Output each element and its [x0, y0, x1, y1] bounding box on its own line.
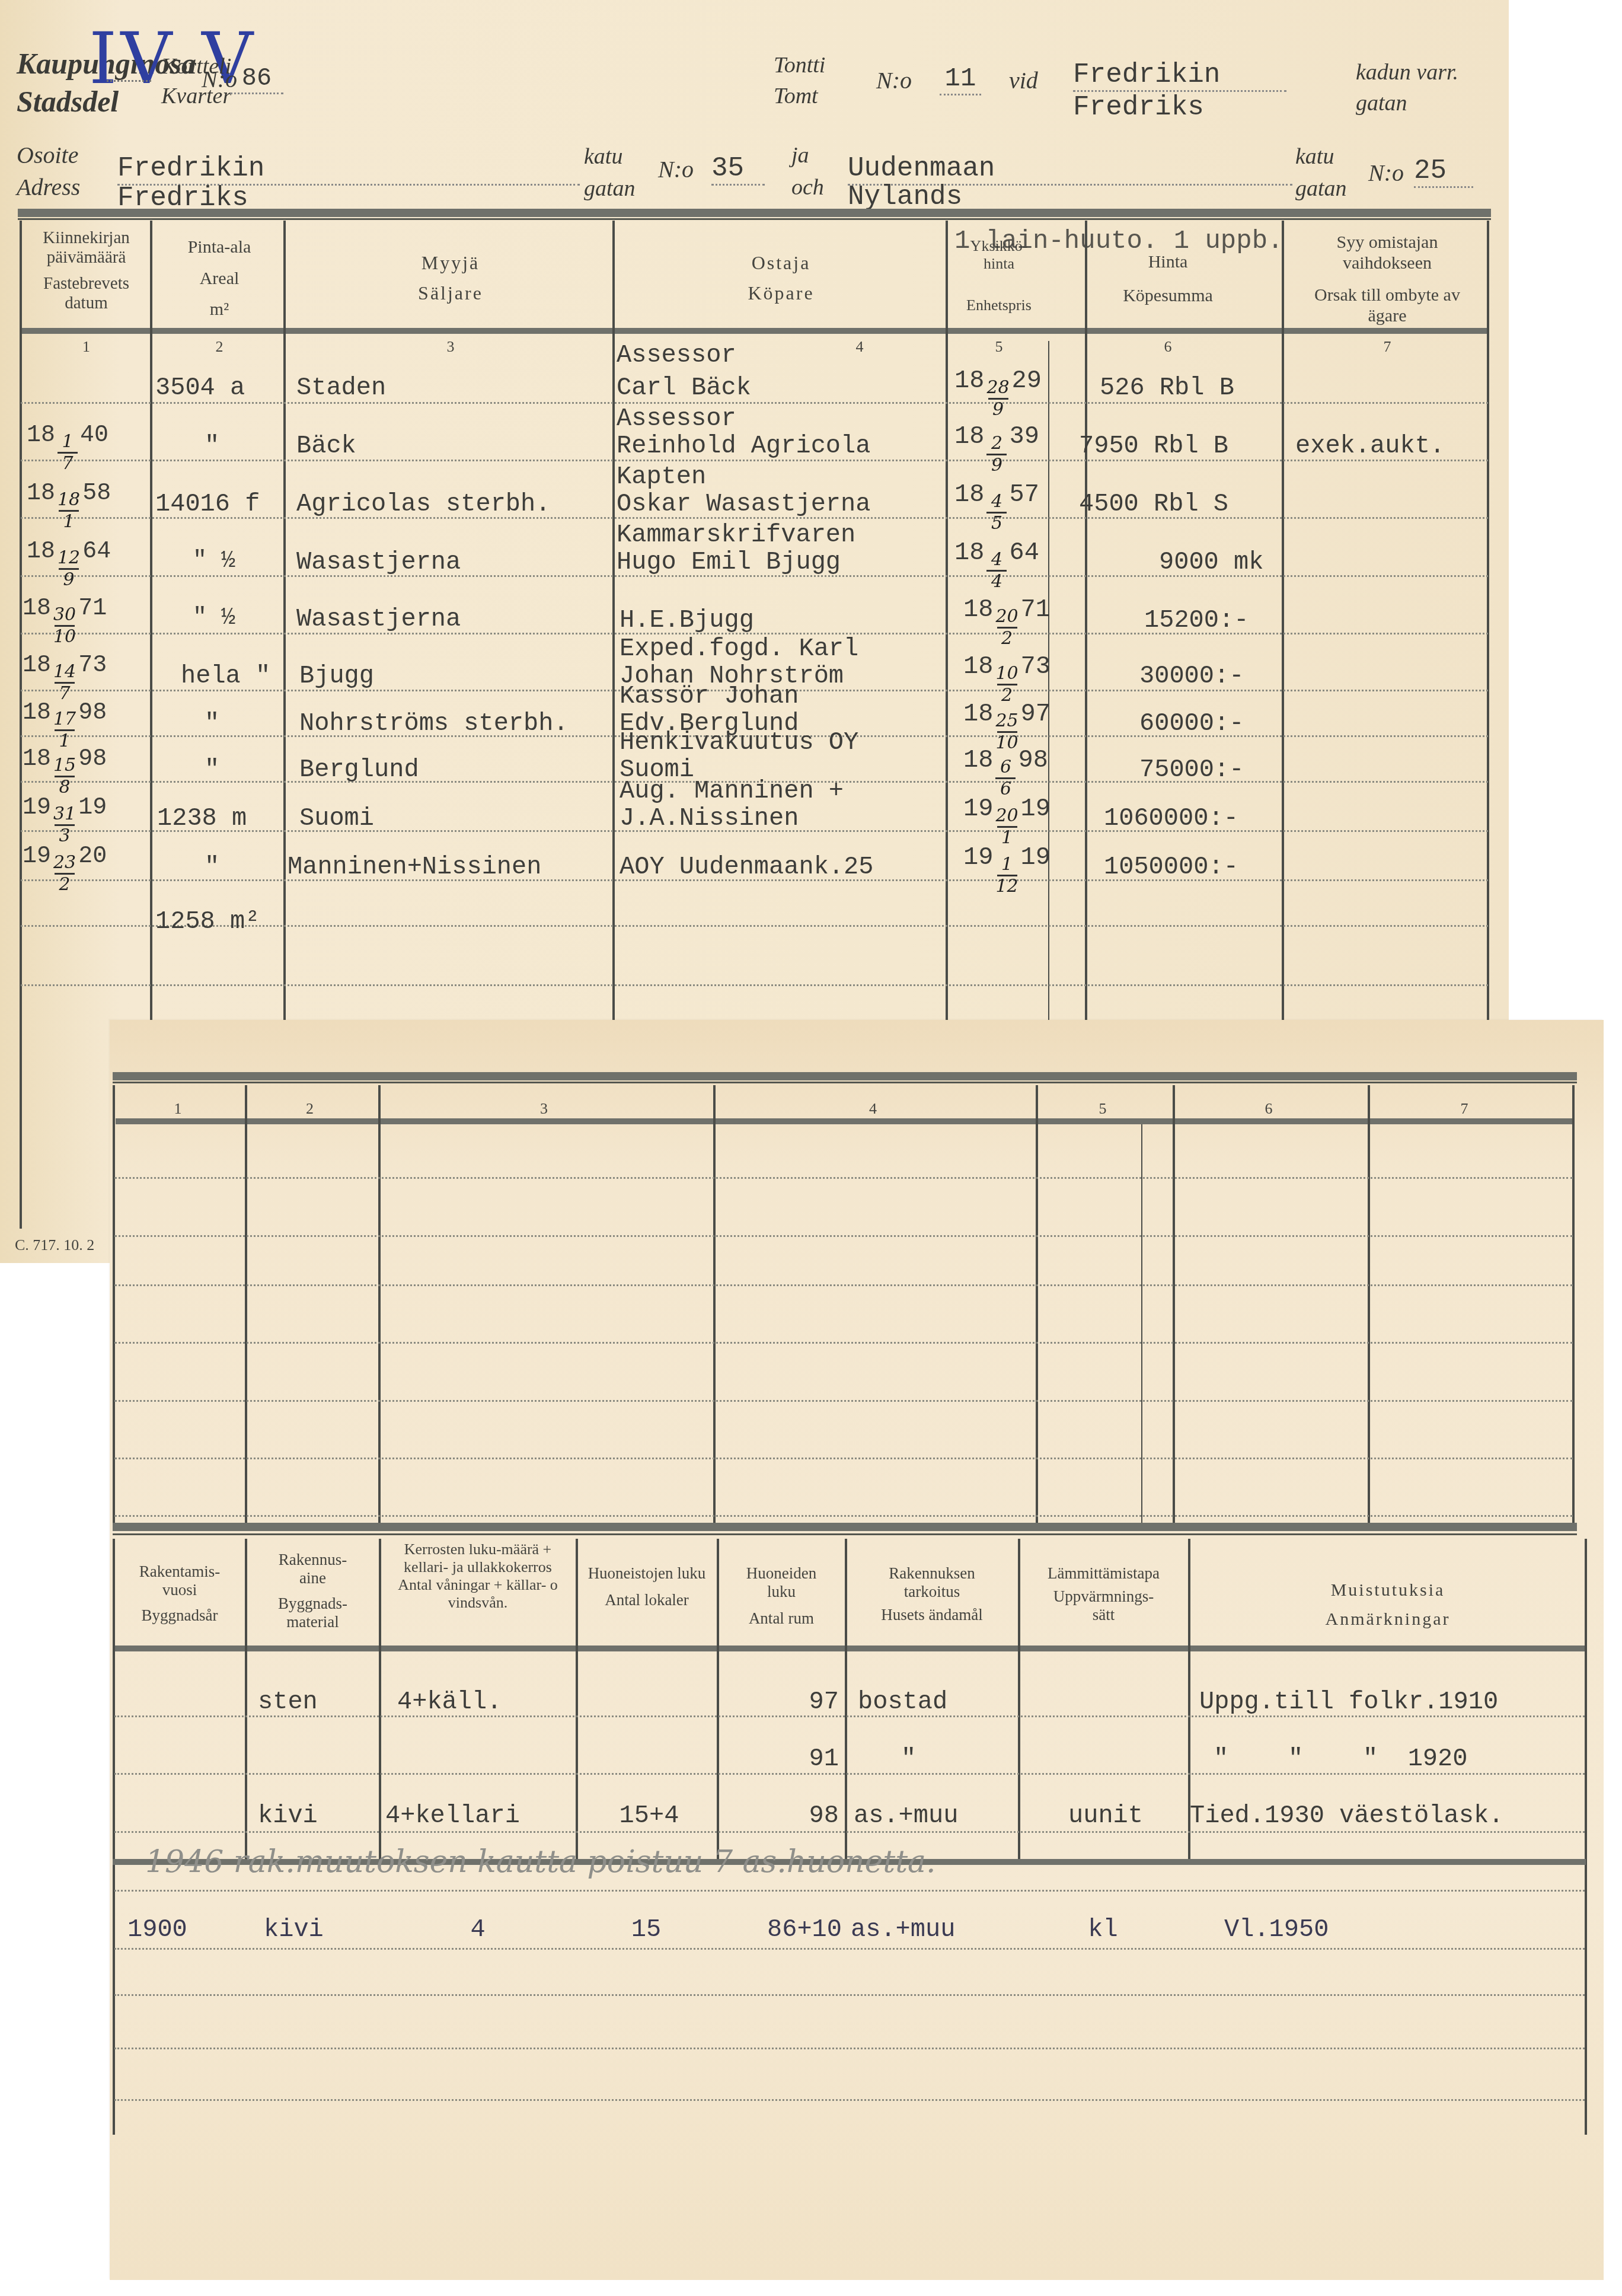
purpose-cell: as.+muu — [854, 1801, 958, 1830]
day: 10 — [995, 665, 1018, 683]
col7-number: 7 — [1366, 1100, 1562, 1118]
col1-header: Kiinnekirjan päivämäärä Fastebrevets dat… — [23, 228, 150, 313]
price-cell: 9000 mk — [1159, 548, 1263, 576]
building-col-heating-header: Lämmittämistapa Uppvärmnings-sätt — [1019, 1564, 1188, 1624]
building-col-material-sv: Byggnads-material — [246, 1595, 379, 1631]
year-prefix: 19 — [23, 843, 51, 870]
price-cell: 4500 Rbl S — [1079, 490, 1228, 518]
rooms-cell: 91 — [720, 1745, 839, 1773]
col7-header: Syy omistajan vaihdokseen Orsak till omb… — [1286, 232, 1488, 326]
day: 20 — [995, 807, 1018, 825]
seller-cell: Wasastjerna — [296, 605, 461, 633]
month: 12 — [995, 878, 1018, 895]
buyer-title-row0: Assessor — [617, 341, 736, 369]
remarks-cell: Tied.1930 väestölask. — [1190, 1801, 1503, 1830]
purpose-cell: " — [901, 1745, 916, 1773]
area-cell: " ½ — [193, 548, 235, 575]
remarks-cell: Vl.1950 — [1224, 1915, 1329, 1944]
col-divider — [1173, 1085, 1175, 1527]
header-rule-thin — [113, 1082, 1577, 1083]
building-col-floors-fi: Kerrosten luku-määrä + kellari- ja ullak… — [380, 1541, 576, 1576]
unit-price-date-cell: 18 2510 97 — [963, 700, 1051, 746]
year-prefix: 18 — [963, 746, 993, 774]
building-col-year-header: Rakentamis-vuosi Byggnadsår — [114, 1562, 245, 1625]
material-cell: sten — [258, 1688, 318, 1716]
col-divider — [576, 1539, 578, 1862]
year-suffix: 98 — [78, 746, 107, 773]
lot-street-fi: Fredrikin — [1073, 59, 1286, 92]
year-suffix: 19 — [1021, 843, 1051, 872]
date-cell: 18 3010 71 — [23, 595, 107, 640]
date-cell: 19 313 19 — [23, 795, 107, 839]
property-register-card-back: 1 2 3 4 5 6 7 Rakentamis-vuosi Byggnadså… — [110, 1020, 1604, 2280]
year-suffix: 40 — [80, 422, 108, 449]
block-number: 86 — [230, 64, 283, 94]
year-prefix: 18 — [954, 538, 984, 567]
month: 3 — [59, 827, 71, 845]
year-suffix: 71 — [1021, 595, 1051, 624]
building-col-remarks-sv: Anmärkningar — [1189, 1609, 1586, 1630]
area-cell: " ½ — [193, 605, 235, 632]
address-street2-sv: Nylands — [848, 181, 962, 212]
buyer-cell: Hugo Emil Bjugg — [617, 548, 841, 576]
row-rule — [114, 1177, 1573, 1179]
building-col-purpose-header: Rakennuksen tarkoitus Husets ändamål — [846, 1564, 1018, 1624]
col2-number: 2 — [243, 1100, 376, 1118]
day: 4 — [991, 551, 1002, 569]
unit-price-date-cell: 18 202 71 — [963, 595, 1051, 642]
seller-cell: Bäck — [296, 432, 356, 460]
building-col-year-sv: Byggnadsår — [114, 1606, 245, 1625]
col-divider — [1487, 221, 1489, 1021]
building-col-rooms-header: Huoneiden luku Antal rum — [718, 1564, 845, 1628]
row-rule — [114, 1400, 1573, 1402]
year-suffix: 98 — [78, 700, 107, 726]
lot-street-sv: Fredriks — [1073, 92, 1204, 123]
year-prefix: 18 — [23, 700, 51, 726]
building-col-apartments-fi: Huoneistojen luku — [577, 1564, 717, 1583]
col5-header-sv: Enhetspris — [949, 296, 1049, 314]
col1-header-sv: Fastebrevets datum — [23, 268, 150, 314]
day: 17 — [53, 710, 76, 728]
row-rule — [21, 402, 1488, 404]
col-divider — [717, 1539, 719, 1862]
year-prefix: 18 — [954, 366, 984, 395]
buyer-title-cell: Henkivakuutus OY — [620, 728, 858, 757]
building-col-apartments-header: Huoneistojen luku Antal lokaler — [577, 1564, 717, 1609]
col4-header-fi: Ostaja — [617, 252, 946, 274]
building-col-year-fi: Rakentamis-vuosi — [114, 1562, 245, 1599]
building-col-purpose-sv: Husets ändamål — [846, 1606, 1018, 1624]
col7-header-sv: Orsak till ombyte av ägare — [1286, 285, 1488, 326]
column-header-rule — [116, 1118, 1574, 1124]
seller-cell: Agricolas sterbh. — [296, 490, 550, 518]
col-divider — [845, 1539, 847, 1862]
col2-header-sv: Areal — [154, 269, 285, 289]
col3-header: Myyjä Säljare — [288, 252, 614, 304]
remarks-cell: " " " 1920 — [1214, 1745, 1467, 1773]
day-month-fraction: 201 — [995, 807, 1018, 847]
day: 28 — [986, 379, 1009, 397]
row-rule — [21, 984, 1488, 986]
col2-number: 2 — [154, 338, 285, 356]
seller-cell: Manninen+Nissinen — [288, 853, 541, 881]
row-rule — [114, 1831, 1585, 1833]
buyer-cell: AOY Uudenmaank.25 — [620, 853, 873, 881]
year-prefix: 18 — [23, 595, 51, 622]
col1-number: 1 — [113, 1100, 243, 1118]
year-suffix: 71 — [78, 595, 107, 622]
buyer-title-cell: Aug. Manninen + — [620, 777, 844, 805]
year-prefix: 18 — [954, 480, 984, 509]
buyer-title-cell: Exped.fogd. Karl — [620, 634, 858, 663]
year-cell: 1900 — [127, 1915, 187, 1944]
form-code: C. 717. 10. 2 — [15, 1236, 94, 1254]
col5-number: 5 — [949, 338, 1049, 356]
col-divider — [113, 1085, 115, 1527]
day-month-fraction: 3010 — [53, 606, 76, 646]
price-cell: 30000:- — [1139, 662, 1244, 690]
day-month-fraction: 102 — [995, 665, 1018, 704]
unit-price-date-cell: 18 102 73 — [963, 652, 1051, 699]
col-divider — [1018, 1539, 1020, 1862]
building-col-material-header: Rakennus-aine Byggnads-material — [246, 1551, 379, 1631]
building-col-remarks-header: Muistutuksia Anmärkningar — [1189, 1580, 1586, 1629]
row-rule — [114, 1948, 1585, 1950]
price-cell: 60000:- — [1139, 709, 1244, 738]
price-cell: 526 Rbl B — [1100, 374, 1234, 402]
day-month-fraction: 17 — [58, 433, 78, 473]
row-rule — [114, 2099, 1585, 2101]
col-divider — [1368, 1085, 1370, 1527]
area-cell: 3504 a — [155, 374, 245, 402]
col4-header: Ostaja Köpare — [617, 252, 946, 304]
year-prefix: 18 — [963, 652, 993, 681]
lot-label-fi: Tontti — [774, 52, 825, 78]
price-cell: 1050000:- — [1104, 853, 1238, 881]
day: 4 — [991, 493, 1002, 511]
day-month-fraction: 66 — [995, 758, 1016, 798]
day: 20 — [995, 608, 1018, 626]
day: 6 — [1000, 758, 1011, 776]
year-prefix: 18 — [27, 538, 55, 565]
building-col-heating-fi: Lämmittämistapa — [1019, 1564, 1188, 1583]
rooms-cell: 86+10 — [720, 1915, 842, 1944]
day: 14 — [53, 663, 76, 681]
seller-cell: Berglund — [299, 755, 419, 784]
pencil-annotation: 1946 rak.muutoksen kautta poistuu 7 as.h… — [145, 1844, 936, 1880]
lot-label-sv: Tomt — [774, 83, 818, 109]
month: 10 — [53, 628, 76, 646]
area-cell: " — [205, 853, 219, 881]
buyer-cell: J.A.Nissinen — [620, 804, 799, 833]
row-rule — [114, 1994, 1585, 1996]
month: 2 — [1001, 630, 1013, 648]
building-col-remarks-fi: Muistutuksia — [1189, 1580, 1586, 1601]
unit-price-date-cell: 19 201 19 — [963, 795, 1051, 841]
year-suffix: 57 — [1009, 480, 1039, 509]
year-prefix: 18 — [23, 746, 51, 773]
date-cell: 19 232 20 — [23, 843, 107, 888]
day-month-fraction: 112 — [995, 856, 1018, 895]
gatan-label: gatan — [584, 176, 636, 202]
building-col-apartments-sv: Antal lokaler — [577, 1591, 717, 1609]
address-label-fi: Osoite — [17, 141, 78, 169]
day-month-fraction: 44 — [986, 551, 1007, 591]
col-divider — [1585, 1539, 1587, 2135]
unit-price-date-cell: 18 45 57 — [954, 480, 1039, 527]
floors-cell: 4+käll. — [397, 1688, 502, 1716]
col-divider — [20, 221, 22, 1229]
month: 7 — [62, 455, 73, 473]
year-suffix: 73 — [1021, 652, 1051, 681]
col-divider — [1572, 1085, 1575, 1527]
day-month-fraction: 232 — [53, 854, 76, 894]
year-prefix: 18 — [27, 422, 55, 449]
remarks-cell: Uppg.till folkr.1910 — [1199, 1688, 1498, 1716]
buyer-cell: Reinhold Agricola — [617, 432, 870, 460]
building-col-floors-header: Kerrosten luku-määrä + kellari- ja ullak… — [380, 1541, 576, 1612]
lot-number: 11 — [940, 64, 981, 95]
month: 9 — [992, 401, 1004, 419]
col4-number: 4 — [848, 338, 871, 356]
col1-number: 1 — [23, 338, 150, 356]
price-cell: 15200:- — [1144, 606, 1249, 634]
och-label: och — [791, 174, 824, 200]
col-divider — [612, 221, 615, 1021]
month: 8 — [59, 779, 71, 796]
rooms-cell: 97 — [720, 1688, 839, 1716]
unit-price-date-cell: 18 289 29 — [954, 366, 1042, 413]
day-month-fraction: 313 — [53, 805, 76, 845]
unit-price-date-cell: 18 66 98 — [963, 746, 1048, 792]
year-prefix: 18 — [963, 700, 993, 728]
col3-header-fi: Myyjä — [288, 252, 614, 274]
area-cell: " — [205, 432, 219, 460]
row-rule — [114, 1235, 1573, 1237]
col-divider — [245, 1085, 247, 1527]
date-cell: 18 181 58 — [27, 480, 111, 525]
day-month-fraction: 158 — [53, 757, 76, 796]
col-divider — [378, 1085, 381, 1527]
buyer-title-cell: Kammarskrifvaren — [617, 521, 855, 549]
price-cell: 75000:- — [1139, 755, 1244, 784]
header-rule-thick — [18, 209, 1491, 217]
building-col-heating-sv: Uppvärmnings-sätt — [1019, 1587, 1188, 1624]
col-divider — [245, 1539, 247, 1862]
day: 15 — [53, 757, 76, 774]
col7-header-fi: Syy omistajan vaihdokseen — [1286, 232, 1488, 273]
year-prefix: 18 — [954, 422, 984, 451]
row-rule — [114, 1890, 1585, 1892]
date-cell: 18 129 64 — [27, 538, 111, 583]
row-rule — [114, 1458, 1573, 1459]
row-rule — [114, 1773, 1585, 1775]
vid-label: vid — [1009, 66, 1038, 94]
row-rule — [114, 1284, 1573, 1286]
address-street1-fi: Fredrikin — [117, 153, 580, 186]
ja-label: ja — [791, 142, 809, 168]
heating-cell: kl — [1018, 1915, 1188, 1944]
year-suffix: 29 — [1012, 366, 1042, 395]
price-cell: 1060000:- — [1104, 804, 1238, 833]
col-divider — [946, 221, 948, 1021]
heating-cell: uunit — [1034, 1801, 1177, 1830]
year-suffix: 64 — [1009, 538, 1039, 567]
day: 1 — [1001, 856, 1013, 873]
apartments-cell: 15 — [576, 1915, 717, 1944]
col6-number: 6 — [1171, 1100, 1366, 1118]
address-no2-label: N:o — [1368, 159, 1404, 187]
col2-header-fi: Pinta-ala — [154, 237, 285, 258]
area-cell: hela " — [181, 662, 270, 690]
year-suffix: 19 — [78, 795, 107, 821]
address-street2-fi: Uudenmaan — [848, 153, 1292, 186]
day: 25 — [995, 712, 1018, 730]
area-cell: 14016 f — [155, 490, 260, 518]
col-divider — [379, 1539, 381, 1862]
day: 12 — [58, 549, 80, 567]
address-label-sv: Adress — [17, 173, 80, 201]
building-header-rule — [114, 1646, 1585, 1651]
katu-label-2: katu — [1295, 143, 1334, 170]
day: 31 — [53, 805, 76, 823]
col-subdivider — [1141, 1124, 1142, 1527]
col4-number: 4 — [711, 1100, 1034, 1118]
col2-header-unit: m² — [154, 299, 285, 320]
buyer-title-cell: Assessor — [617, 404, 736, 433]
year-prefix: 18 — [23, 652, 51, 679]
col-divider — [1036, 1085, 1038, 1527]
apartments-cell: 15+4 — [584, 1801, 714, 1830]
building-col-floors-sv: Antal våningar + källar- o vindsvån. — [380, 1576, 576, 1612]
year-prefix: 18 — [27, 480, 55, 507]
header-rule-thick — [113, 1072, 1577, 1080]
day-month-fraction: 45 — [986, 493, 1007, 532]
col3-number: 3 — [288, 338, 614, 356]
year-suffix: 73 — [78, 652, 107, 679]
day: 18 — [58, 491, 80, 509]
day-month-fraction: 129 — [58, 549, 80, 589]
buyer-cell: Carl Bäck — [617, 374, 751, 402]
seller-cell: Nohrströms sterbh. — [299, 709, 569, 738]
buyer-cell: Oskar Wasastjerna — [617, 490, 870, 518]
month: 4 — [991, 573, 1002, 591]
unit-price-date-cell: 18 29 39 — [954, 422, 1039, 468]
reason-cell: exek.aukt. — [1295, 432, 1445, 460]
area-cell: 1258 m² — [155, 907, 260, 936]
year-prefix: 19 — [963, 843, 993, 872]
year-suffix: 58 — [82, 480, 111, 507]
year-suffix: 98 — [1018, 746, 1048, 774]
seller-cell: Bjugg — [299, 662, 374, 690]
date-cell: 18 17 40 — [27, 422, 108, 467]
column-header-rule — [21, 328, 1488, 334]
month: 1 — [63, 513, 75, 531]
floors-cell: 4 — [380, 1915, 576, 1944]
area-cell: " — [205, 755, 219, 784]
area-cell: 1238 m — [157, 804, 247, 833]
year-suffix: 20 — [78, 843, 107, 870]
building-col-rooms-fi: Huoneiden luku — [718, 1564, 845, 1601]
month: 5 — [991, 515, 1002, 532]
buyer-title-cell: Kassör Johan — [620, 682, 799, 710]
row-rule — [114, 1515, 1573, 1517]
day-month-fraction: 181 — [58, 491, 80, 531]
col-divider — [713, 1085, 716, 1527]
date-cell: 18 158 98 — [23, 746, 107, 790]
section-rule-thick — [113, 1523, 1577, 1531]
price-cell: 7950 Rbl B — [1079, 432, 1228, 460]
year-prefix: 19 — [23, 795, 51, 821]
street-suffix-sv: gatan — [1356, 90, 1407, 116]
unit-price-date-cell: 18 44 64 — [954, 538, 1039, 585]
area-cell: " — [205, 709, 219, 738]
buyer-title-cell: Kapten — [617, 463, 706, 491]
building-col-rooms-sv: Antal rum — [718, 1609, 845, 1628]
lot-no-label: N:o — [876, 66, 912, 94]
day-month-fraction: 202 — [995, 608, 1018, 648]
day-month-fraction: 147 — [53, 663, 76, 703]
day: 1 — [62, 433, 73, 451]
katu-label: katu — [584, 143, 622, 170]
col3-header-sv: Säljare — [288, 282, 614, 304]
date-cell: 18 147 73 — [23, 652, 107, 697]
col-divider — [113, 1539, 115, 2135]
col-divider — [150, 221, 152, 1021]
month: 2 — [59, 876, 71, 894]
col1-header-fi: Kiinnekirjan päivämäärä — [23, 228, 150, 268]
district-dotted-line — [107, 80, 151, 82]
address-number1: 35 — [711, 153, 765, 186]
col7-number: 7 — [1286, 338, 1488, 356]
address-number2: 25 — [1414, 155, 1473, 188]
col4-header-sv: Köpare — [617, 282, 946, 304]
col-divider — [1282, 221, 1284, 1021]
row-rule — [114, 1342, 1573, 1344]
day-month-fraction: 289 — [986, 379, 1009, 419]
date-cell: 18 171 98 — [23, 700, 107, 744]
unit-price-date-cell: 19 112 19 — [963, 843, 1051, 889]
purpose-cell: bostad — [858, 1688, 947, 1716]
month: 9 — [63, 571, 75, 589]
material-cell: kivi — [258, 1801, 318, 1830]
col2-header: Pinta-ala Areal m² — [154, 237, 285, 320]
day: 23 — [53, 854, 76, 872]
seller-cell: Wasastjerna — [296, 548, 461, 576]
col5-typed-overlay: 1 lain-huuto. 1 uppb. — [954, 221, 1049, 262]
col-divider — [1085, 221, 1087, 1021]
floors-cell: 4+kellari — [385, 1801, 520, 1830]
material-cell: kivi — [264, 1915, 324, 1944]
gatan-label-2: gatan — [1295, 176, 1347, 202]
seller-cell: Staden — [296, 374, 386, 402]
header-rule-thin — [18, 218, 1491, 220]
day: 2 — [991, 435, 1002, 452]
address-no1-label: N:o — [658, 155, 694, 183]
year-prefix: 19 — [963, 795, 993, 823]
building-col-material-fi: Rakennus-aine — [246, 1551, 379, 1587]
day: 30 — [53, 606, 76, 624]
day-month-fraction: 29 — [986, 435, 1007, 474]
year-prefix: 18 — [963, 595, 993, 624]
year-suffix: 19 — [1021, 795, 1051, 823]
year-suffix: 64 — [82, 538, 111, 565]
purpose-cell: as.+muu — [851, 1915, 955, 1944]
col3-number: 3 — [376, 1100, 711, 1118]
row-rule — [114, 2048, 1585, 2049]
building-col-purpose-fi: Rakennuksen tarkoitus — [846, 1564, 1018, 1601]
